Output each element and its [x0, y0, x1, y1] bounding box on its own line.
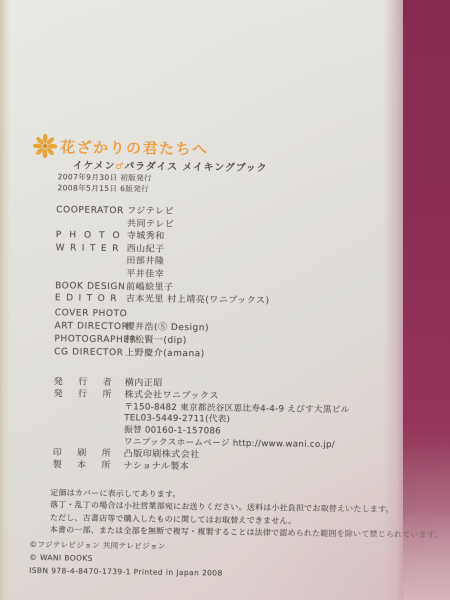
publishing-company: 株式会社ワニブックス: [124, 390, 218, 403]
credit-value: 櫻井浩(Ⓢ Design): [125, 321, 209, 335]
colophon-content: 花ざかりの君たちへ イケメン♂パラダイス メイキングブック 2007年9月30日…: [0, 0, 450, 600]
notices-block: 定価はカバーに表示してあります。 落丁・乱丁の場合は小社営業部宛にお送りください…: [50, 487, 444, 542]
credit-label: [56, 217, 127, 231]
credit-label: BOOK DESIGN: [55, 280, 126, 294]
credit-label: [55, 255, 126, 269]
credit-value: フジテレビ: [127, 205, 174, 218]
credit-label: PHOTOGRAPHER: [54, 333, 125, 347]
credit-value: 前嶋絵里子: [126, 281, 174, 294]
binder-name: ナショナル製本: [124, 461, 190, 474]
credit-label: COVER PHOTO: [55, 307, 126, 321]
publication-role: 発行所: [53, 389, 111, 402]
isbn-line: ISBN 978-4-8470-1739-1 Printed in Japan …: [29, 564, 223, 580]
credit-value: 平井佳幸: [126, 268, 164, 281]
subtitle-pre: イケメン: [73, 160, 116, 172]
printer-name: 凸版印刷株式会社: [124, 449, 200, 462]
book-title: 花ざかりの君たちへ: [60, 136, 209, 159]
publication-role: 製本所: [53, 460, 111, 473]
cover-credits: COVER PHOTO ART DIRECTOR櫻井浩(Ⓢ Design) PH…: [54, 307, 209, 361]
edition-dates: 2007年9月30日 初版発行 2008年5月15日 6版発行: [57, 171, 152, 194]
credit-label: COOPERATOR: [56, 204, 127, 218]
credit-row: CG DIRECTOR上野慶介(amana): [54, 346, 209, 361]
credit-label: [55, 267, 126, 281]
publication-role: 発行者: [54, 377, 112, 390]
credit-label: EDITOR: [55, 292, 126, 306]
credit-label: ART DIRECTOR: [54, 320, 125, 334]
edition-line: 2008年5月15日 6版発行: [57, 182, 151, 194]
publisher-name: 横内正昭: [125, 378, 163, 390]
credit-label: PHOTO: [56, 229, 127, 243]
credit-value: 上野慶介(amana): [125, 347, 205, 361]
credit-value: 共同テレビ: [127, 218, 174, 231]
credit-value: 寺城秀和: [127, 230, 165, 243]
credit-value: 田部井隆: [126, 256, 164, 269]
credit-value: 吉本光里 村上靖亮(ワニブックス): [126, 293, 270, 308]
credit-value: 村松賢一(dip): [125, 334, 187, 348]
flower-icon: [33, 134, 57, 158]
credit-row: EDITOR吉本光里 村上靖亮(ワニブックス): [55, 292, 270, 308]
publication-role: 印刷所: [53, 448, 111, 461]
publication-block: 発行者横内正昭 発行所株式会社ワニブックス 〒150-8482 東京都渋谷区恵比…: [53, 377, 350, 476]
book-page-photo: 花ざかりの君たちへ イケメン♂パラダイス メイキングブック 2007年9月30日…: [0, 0, 450, 600]
legal-block: ©フジテレビジョン 共同テレビジョン © WANI BOOKS ISBN 978…: [29, 538, 223, 580]
credit-label: WRITER: [56, 242, 127, 256]
main-credits: COOPERATORフジテレビ 共同テレビ PHOTO寺城秀和 WRITER西山…: [55, 204, 271, 308]
credit-value: 西山紀子: [127, 243, 165, 256]
credit-label: CG DIRECTOR: [54, 346, 125, 360]
